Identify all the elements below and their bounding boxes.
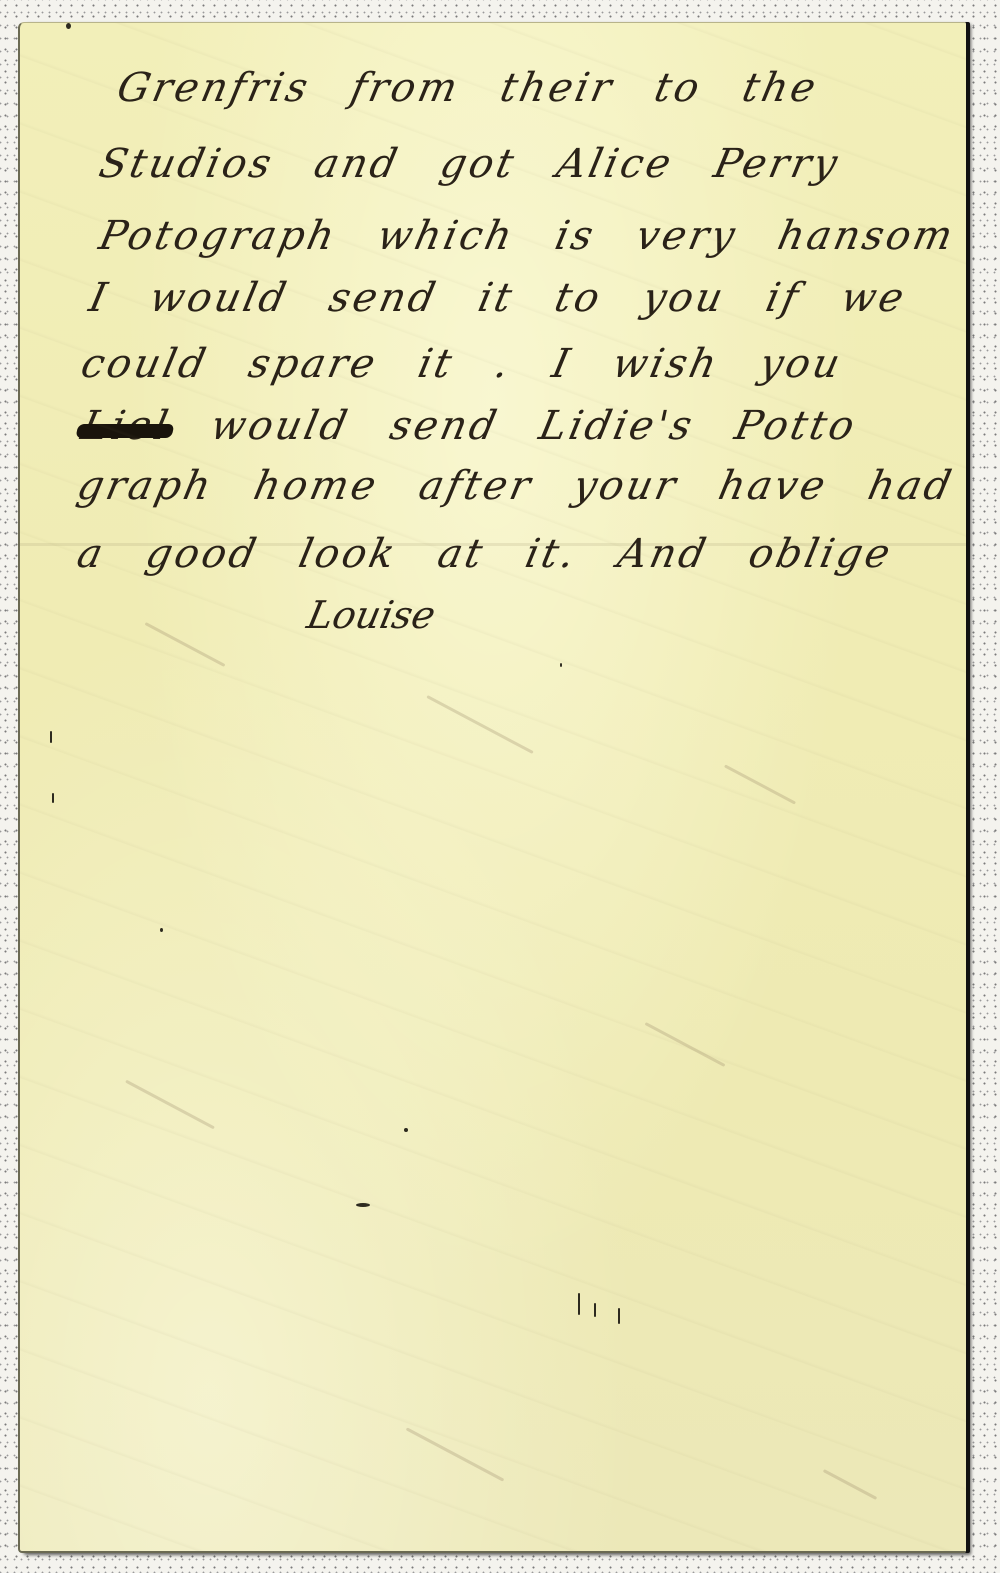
ink-speck [356, 1203, 370, 1207]
bleed-through-mark [145, 622, 226, 667]
ink-speck [404, 1128, 408, 1132]
bleed-through-mark [823, 1469, 877, 1500]
ink-speck [618, 1308, 620, 1324]
letter-line-5: could spare it . I wish you [77, 341, 847, 387]
bleed-through-mark [724, 764, 796, 804]
ink-speck [578, 1293, 580, 1315]
struck-out-word: Liel [77, 403, 175, 449]
letter-line-8: a good look at it. And oblige [73, 531, 897, 577]
letter-line-7: graph home after your have had [73, 463, 958, 509]
letter-line-3: Potograph which is very hansom [95, 213, 959, 259]
letter-page: Grenfris from their to the Studios and g… [18, 22, 966, 1553]
letter-line-4: I would send it to you if we [85, 275, 911, 321]
letter-line-1: Grenfris from their to the [113, 65, 822, 111]
ink-speck [66, 23, 71, 29]
letter-line-2: Studios and got Alice Perry [95, 141, 844, 187]
bleed-through-mark [406, 1427, 505, 1481]
bleed-through-mark [125, 1080, 215, 1130]
bleed-through-mark [645, 1022, 726, 1067]
signature: Louise [303, 593, 439, 637]
bleed-through-mark [426, 695, 533, 754]
ink-speck [50, 731, 52, 743]
ink-speck [560, 663, 562, 667]
ink-speck [52, 793, 54, 803]
ink-speck [594, 1303, 596, 1317]
ink-speck [160, 928, 163, 932]
letter-line-6-text: would send Lidie's Potto [207, 403, 862, 449]
letter-line-6: Liel would send Lidie's Potto [77, 403, 861, 449]
